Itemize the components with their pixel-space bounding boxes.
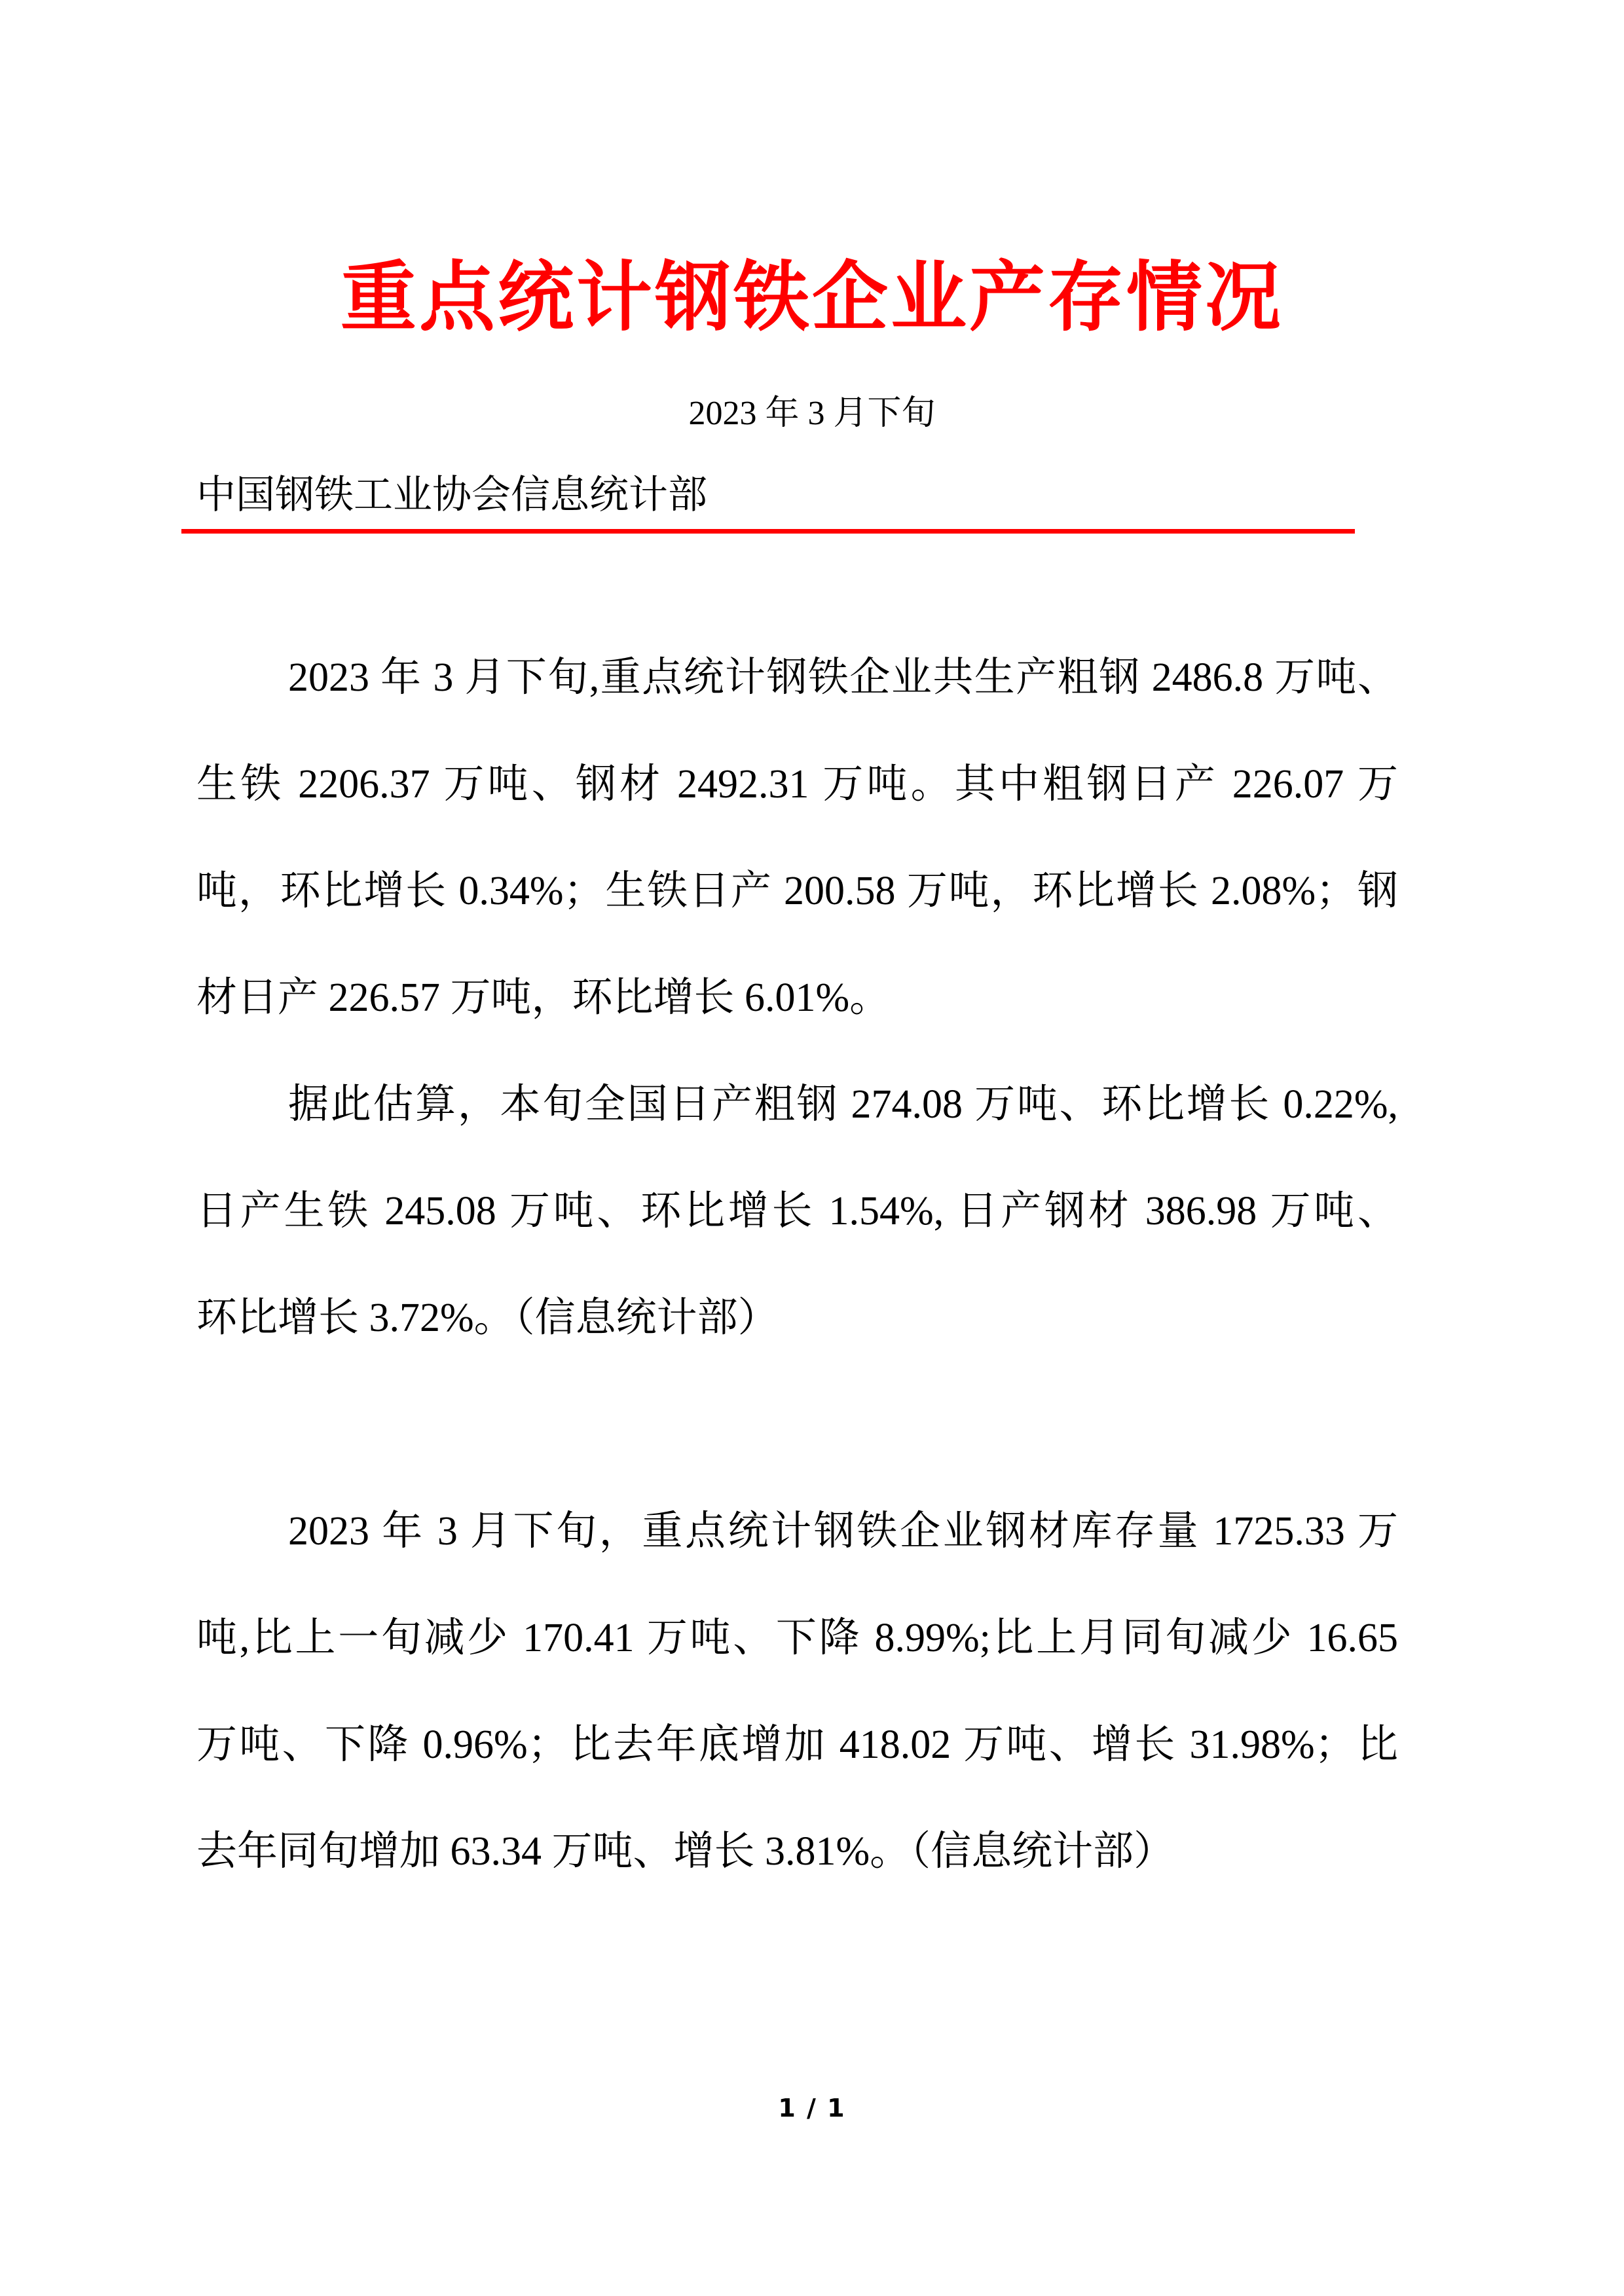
body-line: 环比增长 3.72%。（信息统计部） [196, 1265, 1398, 1372]
body-line: 吨，环比增长 0.34%；生铁日产 200.58 万吨，环比增长 2.08%；钢 [196, 838, 1398, 945]
body-line: 万吨、下降 0.96%；比去年底增加 418.02 万吨、增长 31.98%；比 [196, 1692, 1398, 1798]
document-title: 重点统计钢铁企业产存情况 [0, 0, 1624, 341]
body-line: 据此估算，本旬全国日产粗钢 274.08 万吨、环比增长 0.22%, [196, 1051, 1398, 1158]
body-line: 2023 年 3 月下旬,重点统计钢铁企业共生产粗钢 2486.8 万吨、 [196, 625, 1398, 731]
page-number: 1 / 1 [0, 2092, 1624, 2124]
body-line: 材日产 226.57 万吨，环比增长 6.01%。 [196, 945, 1398, 1051]
byline: 中国钢铁工业协会信息统计部 [0, 471, 1624, 519]
body-line: 去年同旬增加 63.34 万吨、增长 3.81%。（信息统计部） [196, 1798, 1398, 1905]
body-line: 生铁 2206.37 万吨、钢材 2492.31 万吨。其中粗钢日产 226.0… [196, 731, 1398, 838]
document-page: 重点统计钢铁企业产存情况 2023 年 3 月下旬 中国钢铁工业协会信息统计部 … [0, 0, 1624, 2296]
body-line: 2023 年 3 月下旬，重点统计钢铁企业钢材库存量 1725.33 万 [196, 1478, 1398, 1585]
red-divider-rule [181, 529, 1355, 534]
body-line: 日产生铁 245.08 万吨、环比增长 1.54%, 日产钢材 386.98 万… [196, 1158, 1398, 1265]
body-line: 吨,比上一旬减少 170.41 万吨、下降 8.99%;比上月同旬减少 16.6… [196, 1585, 1398, 1692]
document-subtitle: 2023 年 3 月下旬 [0, 393, 1624, 435]
blank-line [196, 1372, 1398, 1478]
document-body: 2023 年 3 月下旬,重点统计钢铁企业共生产粗钢 2486.8 万吨、生铁 … [0, 625, 1624, 1905]
